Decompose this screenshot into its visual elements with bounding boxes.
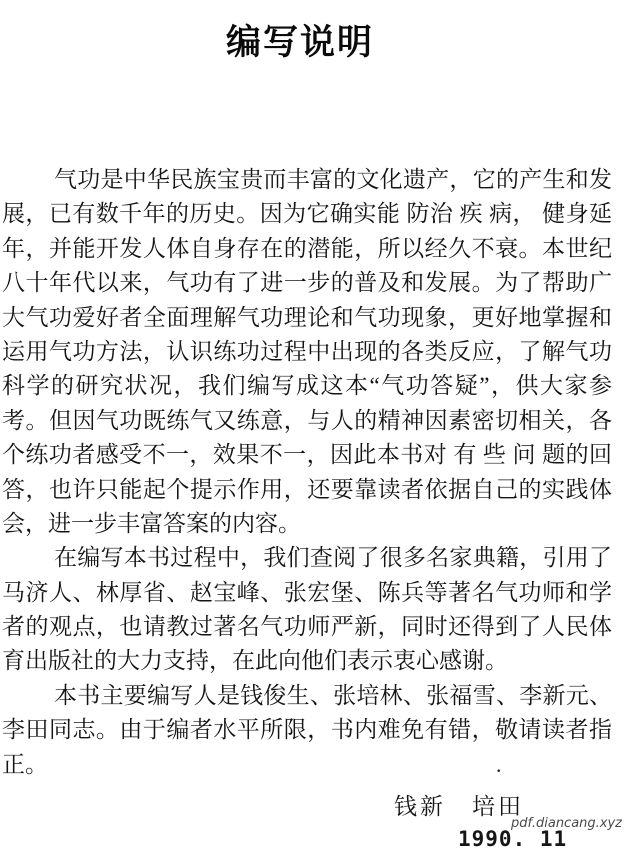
publication-date: 1990. 11: [458, 827, 567, 851]
scan-artifact-dot: .: [496, 752, 502, 778]
page-title: 编写说明: [0, 22, 600, 64]
text-line: 个练功者感受不一，效果不一，因此本书对 有 些 问 题的回: [2, 438, 612, 472]
text-line: 马济人、林厚省、赵宝峰、张宏堡、陈兵等著名气功师和学: [2, 576, 612, 610]
text-line: 答，也许只能起个提示作用，还要靠读者依据自己的实践体: [2, 473, 612, 507]
text-line: 运用气功方法，认识练功过程中出现的各类反应，了解气功: [2, 335, 612, 369]
text-line: 正。: [2, 748, 612, 782]
text-line: 在编写本书过程中，我们查阅了很多名家典籍，引用了: [2, 541, 612, 575]
text-line: 大气功爱好者全面理解气功理论和气功现象，更好地掌握和: [2, 301, 612, 335]
text-line: 年，并能开发人体自身存在的潜能，所以经久不衰。本世纪: [2, 232, 612, 266]
text-line: 者的观点，也请教过著名气功师严新，同时还得到了人民体: [2, 610, 612, 644]
scanned-book-page: 编写说明 气功是中华民族宝贵而丰富的文化遗产，它的产生和发 展，已有数千年的历史…: [0, 0, 638, 863]
body-text: 气功是中华民族宝贵而丰富的文化遗产，它的产生和发 展，已有数千年的历史。因为它确…: [2, 163, 612, 782]
text-line: 本书主要编写人是钱俊生、张培林、张福雪、李新元、: [2, 679, 612, 713]
author-signature: 钱新 培田: [394, 788, 524, 821]
text-line: 气功是中华民族宝贵而丰富的文化遗产，它的产生和发: [2, 163, 612, 197]
text-line: 科学的研究状况，我们编写成这本“气功答疑”，供大家参: [2, 369, 612, 403]
text-line: 李田同志。由于编者水平所限，书内难免有错，敬请读者指: [2, 713, 612, 747]
text-line: 育出版社的大力支持，在此向他们表示衷心感谢。: [2, 644, 612, 678]
text-line: 会，进一步丰富答案的内容。: [2, 507, 612, 541]
text-line: 考。但因气功既练气又练意，与人的精神因素密切相关，各: [2, 404, 612, 438]
text-line: 展，已有数千年的历史。因为它确实能 防治 疾 病， 健身延: [2, 197, 612, 231]
text-line: 八十年代以来，气功有了进一步的普及和发展。为了帮助广: [2, 266, 612, 300]
